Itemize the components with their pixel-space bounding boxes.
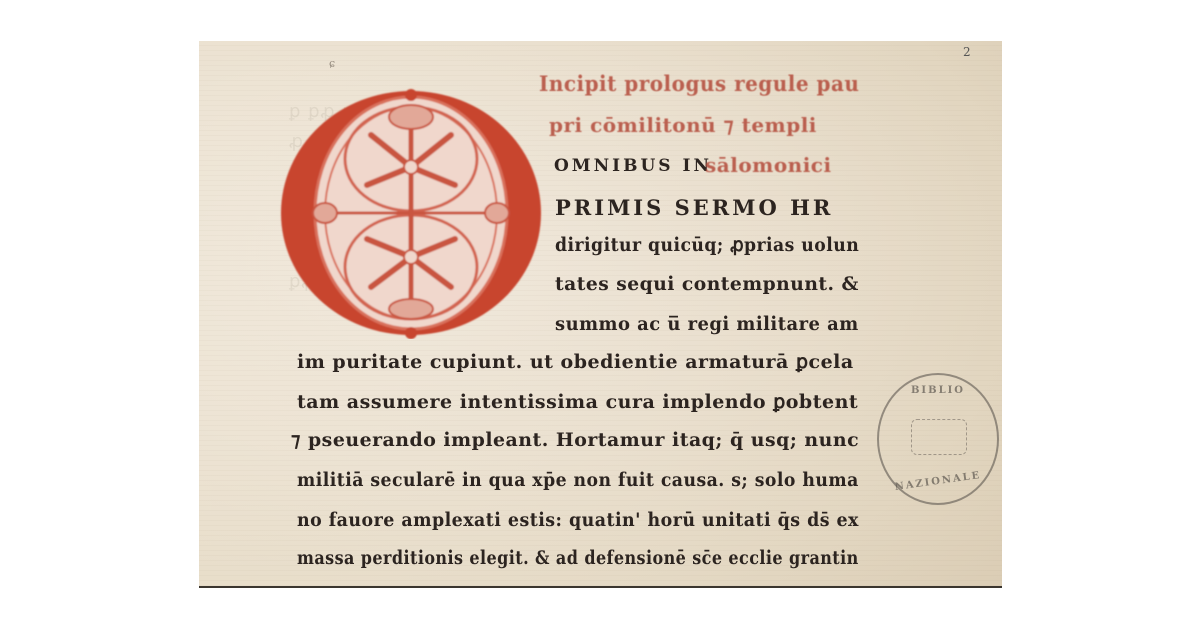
folio-number: 2 <box>963 45 971 59</box>
manuscript-photo: ꝑ ꝑꝓ ꝑꝑ ꝓ ꝑꝑ ꝓꝑ ꝑ ꝓ ꝑꝑ ꝓ ꝑꝓ ꝑ ꝑꝑ ꝓ ꝑꝓ ꝑ … <box>199 41 1002 588</box>
heading-caps: OMNIBUS IN <box>554 156 712 176</box>
rubric-line: pri cōmilitonū ⁊ templi <box>549 113 817 137</box>
text-line: im puritate cupiunt. ut obedientie armat… <box>297 351 854 373</box>
stamp-emblem-icon <box>911 419 967 455</box>
rubric-line: Incipit prologus regule pau <box>539 71 859 96</box>
rubric-line: sālomonici <box>705 153 832 177</box>
illuminated-initial-icon <box>275 87 547 339</box>
text-line: summo ac u̅ regi militare am <box>555 313 859 335</box>
stamp-top-text: BIBLIO <box>879 385 997 396</box>
text-line: massa perditionis elegit. & ad defension… <box>297 547 859 569</box>
text-line: dirigitur quicūq; ꝓprias uolun <box>555 234 859 256</box>
library-stamp: BIBLIO NAZIONALE <box>877 373 999 505</box>
ink-speck: ɕ <box>329 57 335 70</box>
text-line: PRIMIS SERMO HR <box>555 195 833 220</box>
text-line: no fauore amplexati estis: quatin' horū … <box>297 509 859 531</box>
text-line: militiā secularē in qua xp̄e non fuit ca… <box>297 469 859 491</box>
text-line: tam assumere intentissima cura implendo … <box>297 391 858 413</box>
text-line: tates sequi contempnunt. & <box>555 273 859 295</box>
text-line: ⁊ pseuerando impleant. Hortamur itaq; q̄… <box>291 429 859 451</box>
